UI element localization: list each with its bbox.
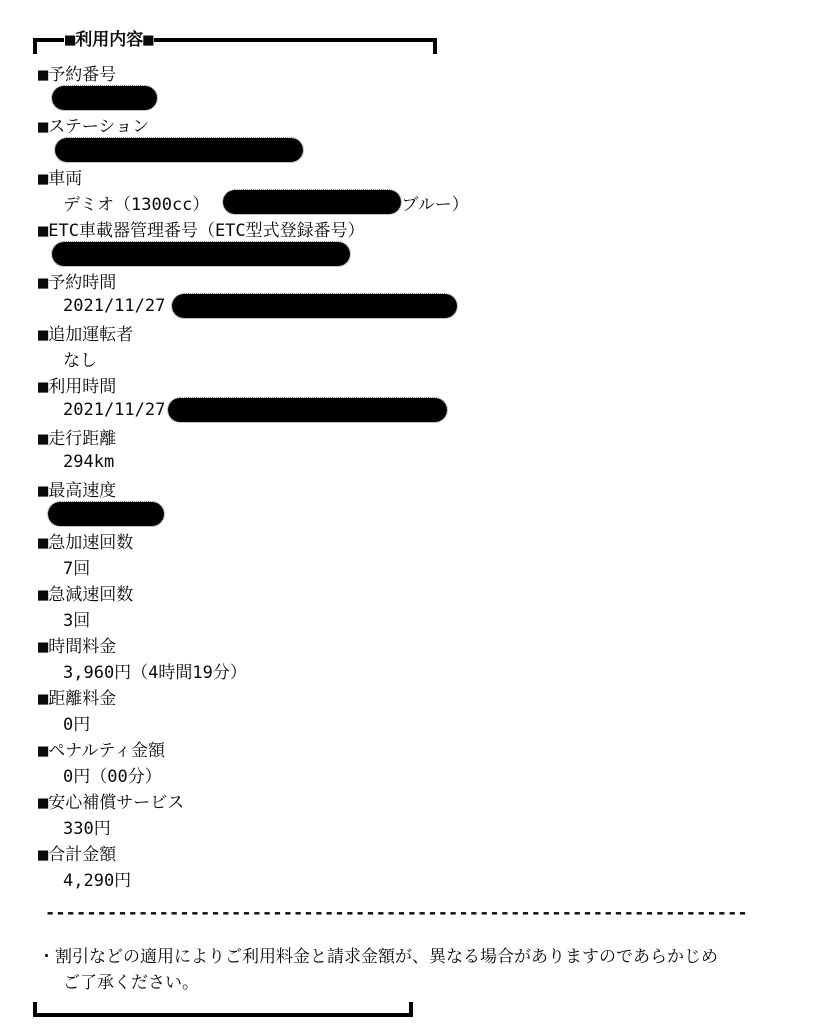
redaction-pill [223,190,401,214]
receipt-page: { "document": { "box_title": "■利用内容■", "… [0,0,835,1024]
field-label: ■急加速回数 [38,527,828,553]
field-value-redacted [38,137,828,163]
value-text: 2021/11/27 [63,400,165,420]
field-label: ■時間料金 [38,631,828,657]
redaction-pill [48,502,164,526]
field-label: ■予約番号 [38,59,828,85]
frame-corner-bottom-right-icon [404,1002,413,1017]
field-value: 2021/11/27 [38,397,828,423]
field-label: ■車両 [38,163,828,189]
section-title: ■利用内容■ [64,30,154,50]
frame-corner-bottom-left-icon [33,1002,42,1017]
field-value: 2021/11/27 [38,293,828,319]
section-frame-bottom [33,1001,413,1017]
value-text: ブルー） [401,190,468,215]
frame-corner-top-right-icon [428,38,437,54]
dashed-divider: ----------------------------------------… [45,900,828,926]
field-label: ■ETC車載器管理番号（ETC型式登録番号） [38,215,828,241]
field-value-redacted [38,85,828,111]
section-frame-top: ■利用内容■ [33,30,437,56]
frame-line [154,38,428,42]
field-value: 3回 [38,605,828,631]
redaction-pill [52,86,157,110]
field-value: 0円（00分） [38,761,828,787]
field-value: 3,960円（4時間19分） [38,657,828,683]
value-text: 2021/11/27 [63,296,165,316]
value-text: デミオ（1300cc） [63,190,209,215]
field-label: ■合計金額 [38,839,828,865]
receipt-body: ■予約番号■ステーション■車両デミオ（1300cc）ブルー）■ETC車載器管理番… [38,59,828,993]
redaction-pill [52,242,350,266]
field-value-redacted [38,241,828,267]
field-label: ■予約時間 [38,267,828,293]
field-value: 0円 [38,709,828,735]
field-value: 330円 [38,813,828,839]
fields-list: ■予約番号■ステーション■車両デミオ（1300cc）ブルー）■ETC車載器管理番… [38,59,828,891]
frame-corner-top-left-icon [33,38,42,54]
redaction-pill [168,398,447,422]
frame-line [42,38,64,42]
field-label: ■距離料金 [38,683,828,709]
field-value: デミオ（1300cc）ブルー） [38,189,828,215]
disclaimer-line-2: ご了承ください。 [38,967,828,993]
field-value: なし [38,345,828,371]
field-label: ■利用時間 [38,371,828,397]
field-label: ■ペナルティ金額 [38,735,828,761]
field-label: ■ステーション [38,111,828,137]
field-label: ■急減速回数 [38,579,828,605]
field-label: ■最高速度 [38,475,828,501]
field-value: 7回 [38,553,828,579]
redaction-pill [172,294,457,318]
frame-line [42,1013,404,1017]
field-value: 4,290円 [38,865,828,891]
field-value: 294km [38,449,828,475]
disclaimer-line-1: ・割引などの適用によりご利用料金と請求金額が、異なる場合がありますのであらかじめ [38,941,828,967]
field-label: ■走行距離 [38,423,828,449]
field-label: ■追加運転者 [38,319,828,345]
field-value-redacted [38,501,828,527]
redaction-pill [55,138,303,162]
field-label: ■安心補償サービス [38,787,828,813]
